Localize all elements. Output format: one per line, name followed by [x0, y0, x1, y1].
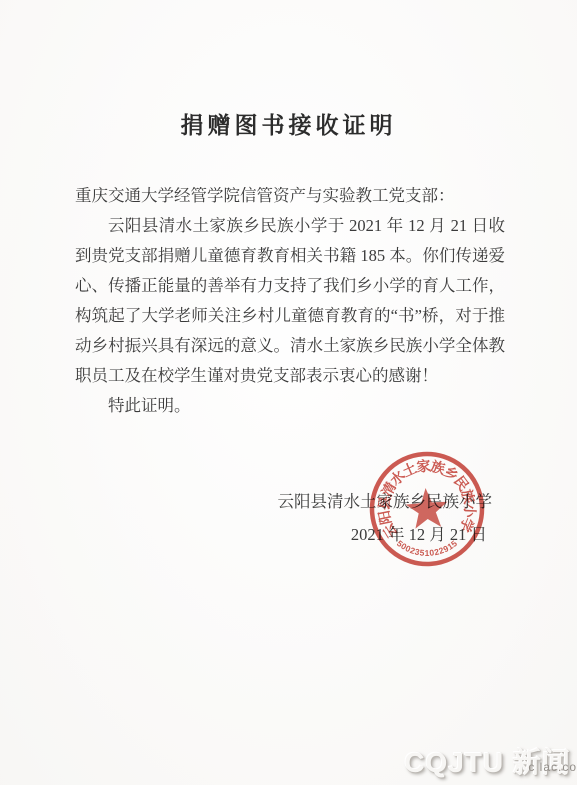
watermark-url-fragment: c lac.co	[528, 760, 577, 774]
seal-star-icon	[405, 487, 449, 530]
certificate-body: 重庆交通大学经管学院信管资产与实验教工党支部： 云阳县清水土家族乡民族小学于 2…	[75, 181, 505, 421]
official-seal: 云阳县清水土家族乡民族小学 5002351022915	[347, 429, 507, 589]
scanned-certificate-page: 捐赠图书接收证明 重庆交通大学经管学院信管资产与实验教工党支部： 云阳县清水土家…	[0, 0, 577, 785]
certificate-title: 捐赠图书接收证明	[0, 0, 577, 141]
body-paragraph: 云阳县清水土家族乡民族小学于 2021 年 12 月 21 日收到贵党支部捐赠儿…	[75, 211, 505, 391]
closing-line: 特此证明。	[75, 391, 505, 421]
salutation-line: 重庆交通大学经管学院信管资产与实验教工党支部：	[75, 181, 505, 211]
